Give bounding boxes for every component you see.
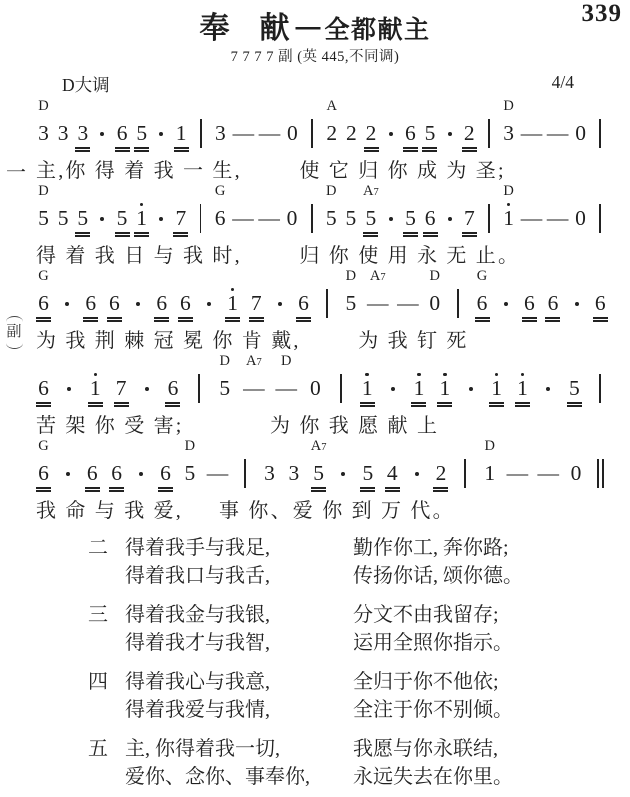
glyph: 5 <box>404 207 417 230</box>
glyph <box>542 377 555 400</box>
underlines <box>593 485 608 495</box>
barline <box>593 354 608 410</box>
glyph: — <box>207 462 229 485</box>
notes-row: G66666176D5A7——D0G6666 <box>36 269 608 322</box>
octave-dot-icon <box>469 369 472 377</box>
note: 3 <box>213 99 228 155</box>
verse-line: 五主, 你得着我一切,我愿与你永联结, <box>88 735 630 763</box>
verse-number: 五 <box>88 735 125 763</box>
glyph: 5 <box>361 462 374 485</box>
glyph: 0 <box>286 207 299 230</box>
glyph: 7 <box>115 377 128 400</box>
glyph: 5 <box>116 207 129 230</box>
note: 7 <box>249 269 264 325</box>
underlines <box>475 315 490 325</box>
verse-number <box>88 763 125 791</box>
glyph: 0 <box>569 462 582 485</box>
verse-line: 二得着我手与我足,勤作你工, 奔你路; <box>88 534 630 562</box>
verse-line: 得着我才与我智,运用全照你指示。 <box>88 629 630 657</box>
verse: 四得着我心与我意,全归于你不他依;得着我爱与我情,全注于你不别倾。 <box>88 668 630 724</box>
glyph: — <box>233 122 255 145</box>
glyph: — <box>521 122 543 145</box>
octave-dot-icon <box>448 199 451 207</box>
glyph: 5 <box>344 292 357 315</box>
underlines <box>489 400 504 410</box>
glyph: 0 <box>574 122 587 145</box>
glyph: 6 <box>523 292 536 315</box>
glyph <box>273 292 286 315</box>
glyph: 6 <box>110 462 123 485</box>
glyph: 2 <box>345 122 358 145</box>
chord-label: A7 <box>311 439 327 454</box>
verse-number: 三 <box>88 601 125 629</box>
glyph <box>96 122 109 145</box>
glyph <box>452 292 465 315</box>
note: 7 <box>114 354 129 410</box>
note: 3 <box>286 439 301 495</box>
chord-label: G <box>477 269 487 284</box>
verse: 三得着我金与我银,分文不由我留存;得着我才与我智,运用全照你指示。 <box>88 601 630 657</box>
verse-number <box>88 562 125 590</box>
glyph: 3 <box>37 122 50 145</box>
glyph: 2 <box>365 122 378 145</box>
verse-number <box>88 629 125 657</box>
title-subtitle: 全都献主 <box>324 16 430 44</box>
dash-note: — <box>232 184 254 240</box>
verse-line: 三得着我金与我银,分文不由我留存; <box>88 601 630 629</box>
glyph: 1 <box>483 462 496 485</box>
verse-number: 四 <box>88 668 125 696</box>
pair-dot-icon <box>272 269 287 325</box>
music-system: D555517G6——0D55A75567D1——0得 着 我 日 与 我 时,… <box>0 184 630 269</box>
lyrics-line: 苦 架 你 受 害; 为 你 我 愿 献 上 <box>36 409 630 438</box>
underlines <box>573 145 588 155</box>
glyph: 6 <box>594 292 607 315</box>
chord-label: D <box>219 354 229 369</box>
note: 5 <box>567 354 582 410</box>
glyph: 5 <box>344 207 357 230</box>
glyph <box>132 292 145 315</box>
glyph <box>239 462 252 485</box>
glyph <box>321 292 334 315</box>
glyph: 1 <box>361 377 374 400</box>
dash-note: — <box>507 439 529 495</box>
underlines <box>515 400 530 410</box>
note: 2 <box>462 99 477 155</box>
glyph: 6 <box>546 292 559 315</box>
glyph: — <box>259 122 281 145</box>
verse-phrase-2: 永远失去在你里。 <box>353 763 630 791</box>
glyph: 6 <box>214 207 227 230</box>
glyph: 1 <box>175 122 188 145</box>
verse-phrase-1: 爱你、念你、事奉你, <box>125 763 353 791</box>
note: 1 <box>174 99 189 155</box>
dash-note: — <box>258 184 280 240</box>
glyph: — <box>258 207 280 230</box>
barline <box>304 184 319 240</box>
pair-dot-icon <box>131 269 146 325</box>
note: 4 <box>385 439 400 495</box>
glyph <box>335 377 348 400</box>
note: 6 <box>107 269 122 325</box>
barline <box>193 99 208 155</box>
note: 6 <box>85 439 100 495</box>
glyph: 3 <box>57 122 70 145</box>
title-dash: — <box>295 13 320 41</box>
glyph: 4 <box>386 462 399 485</box>
note: D1 <box>482 439 497 495</box>
note: 0 <box>573 99 588 155</box>
barline <box>320 269 335 325</box>
chord-label: D <box>503 99 513 114</box>
chord-label: D <box>185 439 195 454</box>
note: 7 <box>173 184 188 240</box>
dash-note: — <box>521 184 543 240</box>
chord-label: D <box>281 354 291 369</box>
note: 5 <box>115 184 130 240</box>
glyph: 5 <box>183 462 196 485</box>
glyph: 2 <box>463 122 476 145</box>
glyph: 0 <box>286 122 299 145</box>
glyph: 6 <box>179 292 192 315</box>
glyph: 7 <box>463 207 476 230</box>
glyph: 7 <box>250 292 263 315</box>
glyph: 1 <box>438 377 451 400</box>
note: 6 <box>158 439 173 495</box>
glyph <box>459 462 472 485</box>
glyph: 5 <box>325 207 338 230</box>
octave-dot-icon <box>101 199 104 207</box>
note: A75 <box>311 439 327 495</box>
glyph: 5 <box>76 207 89 230</box>
glyph <box>594 462 607 485</box>
note: D5 <box>36 184 51 240</box>
octave-dot-icon <box>547 369 550 377</box>
octave-dot-icon <box>278 284 281 292</box>
note: 6 <box>115 99 130 155</box>
glyph: 1 <box>516 377 529 400</box>
glyph <box>337 462 350 485</box>
page-number: 339 <box>582 0 623 28</box>
glyph: 3 <box>287 462 300 485</box>
underlines <box>510 485 525 495</box>
notes-row: G6666D5—33A75542D1——0 <box>36 439 608 492</box>
glyph: 5 <box>135 122 148 145</box>
glyph: 6 <box>166 377 179 400</box>
note: 6 <box>296 269 311 325</box>
glyph <box>155 122 168 145</box>
time-signature: 4/4 <box>552 72 574 97</box>
note: 3 <box>262 439 277 495</box>
pair-dot-icon <box>383 184 398 240</box>
glyph <box>464 377 477 400</box>
pair-dot-icon <box>201 269 216 325</box>
underlines <box>463 400 478 410</box>
note: 0 <box>568 439 583 495</box>
note: 2 <box>344 99 359 155</box>
pair-dot-icon <box>442 184 457 240</box>
underlines <box>545 315 560 325</box>
glyph: 1 <box>490 377 503 400</box>
octave-dot-icon <box>66 454 69 462</box>
note: D5 <box>343 269 358 325</box>
glyph: 6 <box>297 292 310 315</box>
octave-dot-icon <box>160 114 163 122</box>
underlines <box>541 400 556 410</box>
pair-dot-icon <box>154 184 169 240</box>
note: 7 <box>462 184 477 240</box>
note: 1 <box>437 354 452 410</box>
lyrics-line: 得 着 我 日 与 我 时, 归 你 使 用 永 无 止。 <box>36 239 630 268</box>
glyph: 1 <box>412 377 425 400</box>
glyph: — <box>243 377 265 400</box>
lyrics-line: 我 命 与 我 爱, 事 你、爱 你 到 万 代。 <box>36 494 630 523</box>
glyph <box>194 207 207 230</box>
chord-label: A7 <box>363 184 379 199</box>
pair-dot-icon <box>498 269 513 325</box>
underlines <box>524 145 539 155</box>
note: G6 <box>475 269 490 325</box>
note: 6 <box>593 269 608 325</box>
glyph: 5 <box>364 207 377 230</box>
dash-note: — <box>207 439 229 495</box>
note: 0 <box>573 184 588 240</box>
octave-dot-icon <box>448 114 451 122</box>
note: 6 <box>403 99 418 155</box>
glyph: 0 <box>574 207 587 230</box>
glyph: 6 <box>424 207 437 230</box>
glyph: 0 <box>309 377 322 400</box>
dash-note: — <box>538 439 560 495</box>
dash-note: — <box>547 184 569 240</box>
glyph: 6 <box>159 462 172 485</box>
glyph <box>482 207 495 230</box>
octave-dot-icon <box>101 114 104 122</box>
glyph: 0 <box>428 292 441 315</box>
verse-phrase-1: 得着我金与我银, <box>125 601 353 629</box>
hymn-title: 奉 献—全都献主 <box>0 0 630 39</box>
chord-label: D <box>346 269 356 284</box>
note: 1 <box>360 354 375 410</box>
chord-label: G <box>38 439 48 454</box>
music-systems: 一D3336513——0A222652D3——0主,你 得 着 我 一 生, 使… <box>0 99 630 524</box>
glyph <box>482 122 495 145</box>
glyph: 5 <box>568 377 581 400</box>
note: 3 <box>56 99 71 155</box>
barline <box>193 184 208 240</box>
glyph: — <box>547 122 569 145</box>
dash-note: A7— <box>243 354 265 410</box>
pair-dot-icon <box>95 99 110 155</box>
verse: 五主, 你得着我一切,我愿与你永联结,爱你、念你、事奉你,永远失去在你里。 <box>88 735 630 791</box>
glyph: 6 <box>155 292 168 315</box>
underlines <box>522 315 537 325</box>
glyph: 1 <box>502 207 515 230</box>
glyph: 3 <box>76 122 89 145</box>
chord-label: D <box>326 184 336 199</box>
glyph <box>194 122 207 145</box>
verses-block: 二得着我手与我足,勤作你工, 奔你路;得着我口与我舌,传扬你话, 颂你德。三得着… <box>88 534 630 791</box>
glyph <box>594 377 607 400</box>
glyph <box>63 377 76 400</box>
note: 6 <box>154 269 169 325</box>
note: G6 <box>36 439 51 495</box>
glyph: 5 <box>423 122 436 145</box>
glyph: — <box>397 292 419 315</box>
verse-number-marker: 一 <box>6 156 26 185</box>
glyph: 6 <box>476 292 489 315</box>
notes-row: 6176D5A7—D—0111115 <box>36 354 608 407</box>
octave-dot-icon <box>415 454 418 462</box>
verse-phrase-2: 勤作你工, 奔你路; <box>353 534 630 562</box>
glyph <box>61 462 74 485</box>
barline <box>481 99 496 155</box>
verse-line: 四得着我心与我意,全归于你不他依; <box>88 668 630 696</box>
glyph <box>61 292 74 315</box>
glyph <box>443 207 456 230</box>
note: 1 <box>489 354 504 410</box>
glyph <box>306 122 319 145</box>
verse-line: 得着我口与我舌,传扬你话, 颂你德。 <box>88 562 630 590</box>
barline <box>451 269 466 325</box>
note: D3 <box>501 99 516 155</box>
octave-dot-icon <box>342 454 345 462</box>
note: A2 <box>324 99 339 155</box>
glyph: 2 <box>325 122 338 145</box>
octave-dot-icon <box>389 199 392 207</box>
pair-dot-icon <box>383 99 398 155</box>
verse-line: 爱你、念你、事奉你,永远失去在你里。 <box>88 763 630 791</box>
glyph <box>141 377 154 400</box>
verse-phrase-1: 得着我口与我舌, <box>125 562 353 590</box>
underlines <box>593 400 608 410</box>
octave-dot-icon <box>65 284 68 292</box>
music-system: 6176D5A7—D—0111115苦 架 你 受 害; 为 你 我 愿 献 上 <box>0 354 630 439</box>
dash-note: — <box>397 269 419 325</box>
note: 5 <box>422 99 437 155</box>
glyph <box>305 207 318 230</box>
barline <box>458 439 473 495</box>
note: 6 <box>522 269 537 325</box>
glyph <box>96 207 109 230</box>
octave-dot-icon <box>391 369 394 377</box>
glyph: 1 <box>135 207 148 230</box>
glyph: 7 <box>174 207 187 230</box>
chord-label: D <box>430 269 440 284</box>
glyph: 3 <box>263 462 276 485</box>
underlines <box>573 230 588 240</box>
glyph: 6 <box>404 122 417 145</box>
glyph <box>155 207 168 230</box>
chord-label: A7 <box>246 354 262 369</box>
glyph: — <box>538 462 560 485</box>
glyph <box>202 292 215 315</box>
octave-dot-icon <box>207 284 210 292</box>
chord-label: D <box>38 99 48 114</box>
chord-label: G <box>38 269 48 284</box>
key-time-row: D大调 4/4 <box>62 72 574 97</box>
chord-label: A7 <box>370 269 386 284</box>
chord-label: A <box>326 99 336 114</box>
dash-note: A7— <box>367 269 389 325</box>
pair-dot-icon <box>541 354 556 410</box>
glyph <box>594 122 607 145</box>
verse-phrase-2: 运用全照你指示。 <box>353 629 630 657</box>
glyph: 5 <box>218 377 231 400</box>
underlines <box>567 400 582 410</box>
underlines <box>593 315 608 325</box>
underlines <box>593 145 608 155</box>
music-system: 副G66666176D5A7——D0G6666为 我 荆 棘 冠 冕 你 肯 戴… <box>0 269 630 354</box>
glyph: 5 <box>312 462 325 485</box>
pair-dot-icon <box>442 99 457 155</box>
dash-note: — <box>259 99 281 155</box>
glyph: — <box>521 207 543 230</box>
lyrics-line: 为 我 荆 棘 冠 冕 你 肯 戴, 为 我 钉 死 <box>36 324 630 353</box>
note: 1 <box>225 269 240 325</box>
key-signature: D大调 <box>62 72 110 97</box>
music-system: G6666D5—33A75542D1——0我 命 与 我 爱, 事 你、爱 你 … <box>0 439 630 524</box>
glyph: — <box>232 207 254 230</box>
note: 5 <box>75 184 90 240</box>
pair-dot-icon <box>336 439 351 495</box>
glyph <box>410 462 423 485</box>
verse-phrase-2: 传扬你话, 颂你德。 <box>353 562 630 590</box>
note: 6 <box>545 269 560 325</box>
note: 5 <box>343 184 358 240</box>
underlines <box>458 485 473 495</box>
pair-dot-icon <box>134 439 149 495</box>
underlines <box>569 315 584 325</box>
note: 0 <box>285 99 300 155</box>
lyrics-line: 主,你 得 着 我 一 生, 使 它 归 你 成 为 圣; <box>36 154 630 183</box>
glyph: 5 <box>57 207 70 230</box>
underlines <box>593 230 608 240</box>
underlines <box>568 485 583 495</box>
music-system: 一D3336513——0A222652D3——0主,你 得 着 我 一 生, 使… <box>0 99 630 184</box>
glyph: 2 <box>434 462 447 485</box>
chord-label: D <box>38 184 48 199</box>
verse-phrase-2: 全归于你不他依; <box>353 668 630 696</box>
barline <box>481 184 496 240</box>
note: G6 <box>213 184 228 240</box>
pair-dot-icon <box>95 184 110 240</box>
glyph: 6 <box>37 377 50 400</box>
note: 5 <box>403 184 418 240</box>
verse-phrase-1: 得着我爱与我情, <box>125 696 353 724</box>
glyph <box>499 292 512 315</box>
glyph: 1 <box>89 377 102 400</box>
note: 5 <box>360 439 375 495</box>
chord-label: D <box>503 184 513 199</box>
underlines <box>550 145 565 155</box>
note: 6 <box>165 354 180 410</box>
verse-number <box>88 696 125 724</box>
dash-note: — <box>547 99 569 155</box>
chord-label: D <box>485 439 495 454</box>
note: 5 <box>56 184 71 240</box>
glyph <box>135 462 148 485</box>
note: 6 <box>109 439 124 495</box>
verse-line: 得着我爱与我情,全注于你不别倾。 <box>88 696 630 724</box>
note: D3 <box>36 99 51 155</box>
notes-row: D3336513——0A222652D3——0 <box>36 99 608 152</box>
pair-dot-icon <box>60 269 75 325</box>
glyph: 6 <box>86 462 99 485</box>
underlines <box>524 230 539 240</box>
verse: 二得着我手与我足,勤作你工, 奔你路;得着我口与我舌,传扬你话, 颂你德。 <box>88 534 630 590</box>
verse-phrase-1: 得着我才与我智, <box>125 629 353 657</box>
